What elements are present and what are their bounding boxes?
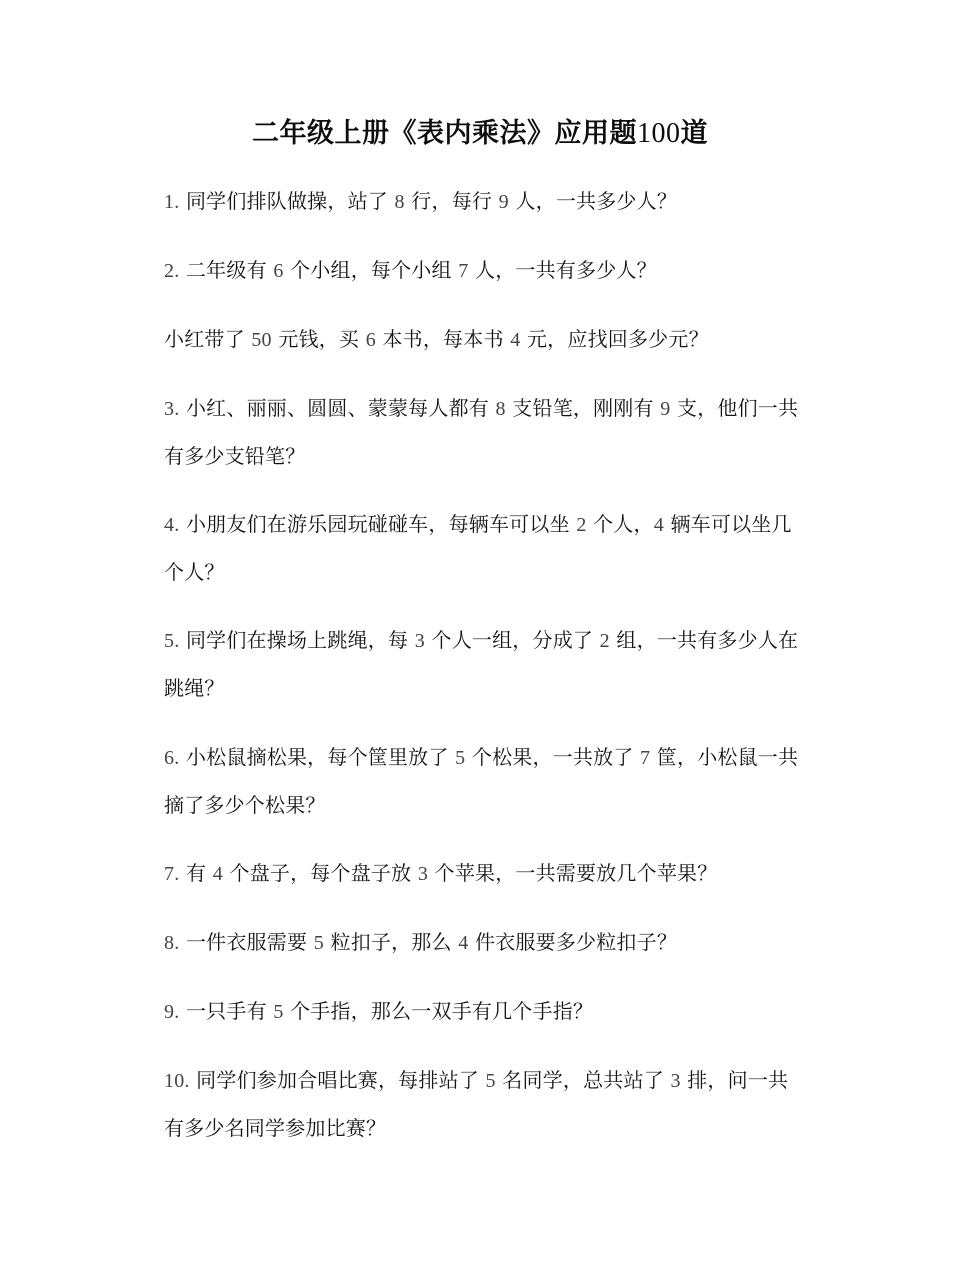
title-prefix: 二年级上册《表内乘法》应用题 [252, 118, 637, 149]
number-text: 2 [576, 514, 586, 536]
number-text: 50 [251, 329, 271, 351]
question-7: 7. 有 4 个盘子，每个盘子放 3 个苹果，一共需要放几个苹果？ [164, 850, 804, 898]
number-text: 7 [640, 747, 650, 769]
number-text: 5 [486, 1070, 496, 1092]
question-line: 6. 小松鼠摘松果，每个筐里放了 5 个松果，一共放了 7 筐，小松鼠一共 [164, 734, 804, 782]
question-10: 10. 同学们参加合唱比赛，每排站了 5 名同学，总共站了 3 排，问一共 有多… [164, 1057, 804, 1152]
question-line: 有多少支铅笔？ [164, 433, 804, 480]
question-line: 小红带了 50 元钱，买 6 本书，每本书 4 元，应找回多少元？ [164, 316, 804, 364]
number-text: 3. [164, 398, 179, 420]
number-text: 2 [600, 630, 610, 652]
number-text: 2. [164, 260, 179, 282]
question-line: 5. 同学们在操场上跳绳，每 3 个人一组，分成了 2 组，一共有多少人在 [164, 617, 804, 665]
title-suffix: 道 [681, 118, 709, 149]
question-unnumbered: 小红带了 50 元钱，买 6 本书，每本书 4 元，应找回多少元？ [164, 316, 804, 364]
question-line: 跳绳？ [164, 665, 804, 712]
number-text: 8 [496, 398, 506, 420]
number-text: 8. [164, 932, 179, 954]
question-line: 9. 一只手有 5 个手指，那么一双手有几个手指？ [164, 988, 804, 1036]
page-title: 二年级上册《表内乘法》应用题100道 [0, 114, 960, 154]
question-3: 3. 小红、丽丽、圆圆、蒙蒙每人都有 8 支铅笔，刚刚有 9 支，他们一共 有多… [164, 385, 804, 480]
question-line: 1. 同学们排队做操，站了 8 行，每行 9 人，一共多少人？ [164, 178, 804, 226]
number-text: 9. [164, 1001, 179, 1023]
question-line: 个人？ [164, 549, 804, 596]
number-text: 4 [213, 863, 223, 885]
question-line: 10. 同学们参加合唱比赛，每排站了 5 名同学，总共站了 3 排，问一共 [164, 1057, 804, 1105]
title-number: 100 [637, 118, 681, 149]
question-1: 1. 同学们排队做操，站了 8 行，每行 9 人，一共多少人？ [164, 178, 804, 226]
number-text: 5 [314, 932, 324, 954]
question-4: 4. 小朋友们在游乐园玩碰碰车，每辆车可以坐 2 个人，4 辆车可以坐几 个人？ [164, 501, 804, 596]
number-text: 6 [273, 260, 283, 282]
question-line: 8. 一件衣服需要 5 粒扣子，那么 4 件衣服要多少粒扣子？ [164, 919, 804, 967]
question-2: 2. 二年级有 6 个小组，每个小组 7 人，一共有多少人？ [164, 247, 804, 295]
question-line: 7. 有 4 个盘子，每个盘子放 3 个苹果，一共需要放几个苹果？ [164, 850, 804, 898]
number-text: 3 [670, 1070, 680, 1092]
question-line: 4. 小朋友们在游乐园玩碰碰车，每辆车可以坐 2 个人，4 辆车可以坐几 [164, 501, 804, 549]
number-text: 5. [164, 630, 179, 652]
number-text: 9 [499, 191, 509, 213]
number-text: 9 [660, 398, 670, 420]
question-9: 9. 一只手有 5 个手指，那么一双手有几个手指？ [164, 988, 804, 1036]
number-text: 6 [366, 329, 376, 351]
number-text: 3 [415, 630, 425, 652]
question-line: 3. 小红、丽丽、圆圆、蒙蒙每人都有 8 支铅笔，刚刚有 9 支，他们一共 [164, 385, 804, 433]
number-text: 7. [164, 863, 179, 885]
question-line: 有多少名同学参加比赛？ [164, 1105, 804, 1152]
number-text: 4 [654, 514, 664, 536]
number-text: 4 [510, 329, 520, 351]
number-text: 4 [458, 932, 468, 954]
question-5: 5. 同学们在操场上跳绳，每 3 个人一组，分成了 2 组，一共有多少人在 跳绳… [164, 617, 804, 712]
number-text: 5 [455, 747, 465, 769]
number-text: 8 [395, 191, 405, 213]
number-text: 5 [273, 1001, 283, 1023]
question-line: 2. 二年级有 6 个小组，每个小组 7 人，一共有多少人？ [164, 247, 804, 295]
number-text: 6. [164, 747, 179, 769]
worksheet-page: 二年级上册《表内乘法》应用题100道 1. 同学们排队做操，站了 8 行，每行 … [0, 0, 960, 1280]
question-8: 8. 一件衣服需要 5 粒扣子，那么 4 件衣服要多少粒扣子？ [164, 919, 804, 967]
number-text: 4. [164, 514, 179, 536]
question-line: 摘了多少个松果？ [164, 782, 804, 829]
number-text: 1. [164, 191, 179, 213]
number-text: 7 [458, 260, 468, 282]
number-text: 10. [164, 1070, 190, 1092]
number-text: 3 [418, 863, 428, 885]
question-6: 6. 小松鼠摘松果，每个筐里放了 5 个松果，一共放了 7 筐，小松鼠一共 摘了… [164, 734, 804, 829]
